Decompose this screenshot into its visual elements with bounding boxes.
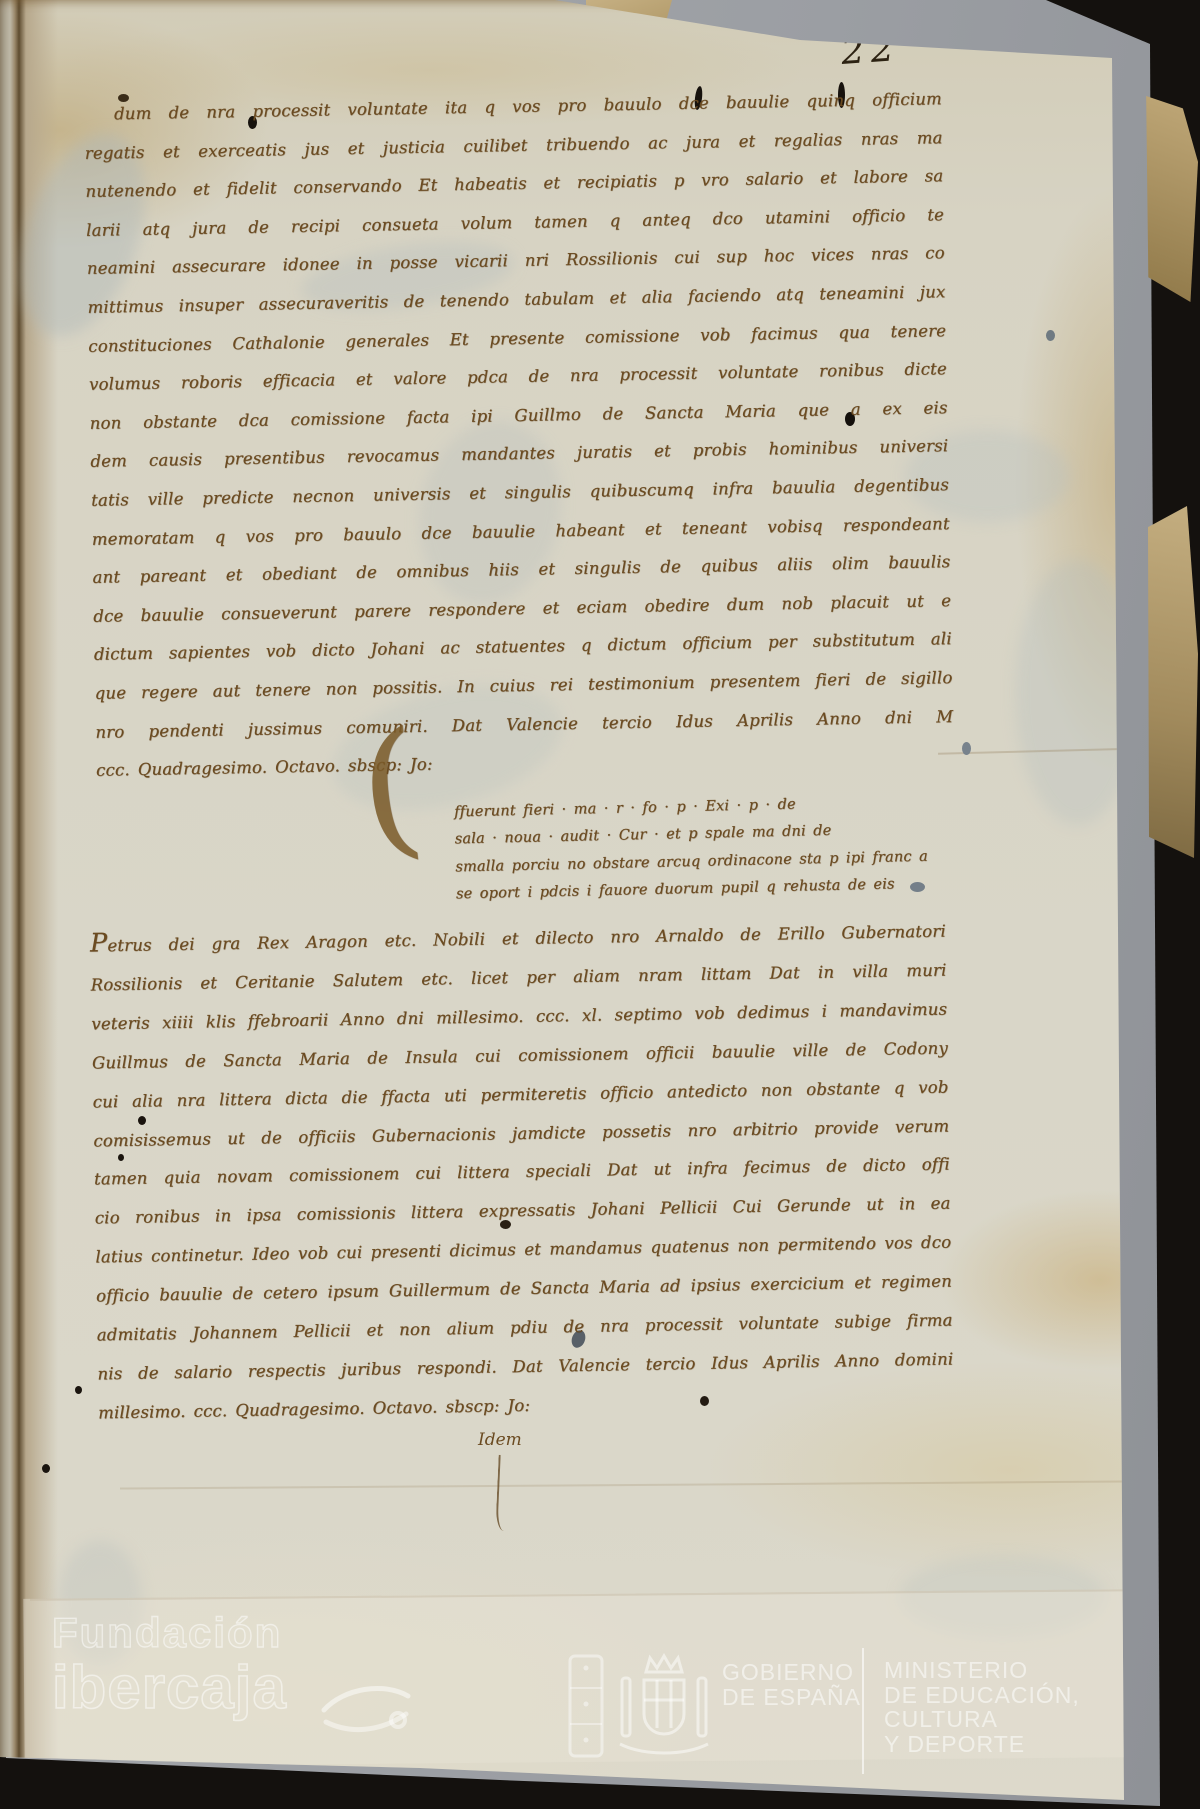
ink-blot — [42, 1464, 50, 1473]
gobierno-line1: GOBIERNO — [722, 1660, 861, 1685]
ibercaja-logo-icon — [318, 1676, 414, 1743]
ibercaja-watermark-text: ibercaja — [52, 1658, 287, 1718]
manuscript-page: 22 dum de nra processit voluntate ita q … — [0, 0, 1200, 1809]
ministerio-line1: MINISTERIO — [884, 1658, 1200, 1683]
government-watermark: GOBIERNO DE ESPAÑA MINISTERIO DE EDUCACI… — [540, 1646, 1200, 1781]
ministerio-line3: Y DEPORTE — [884, 1732, 1200, 1757]
ink-blot — [75, 1386, 82, 1394]
ink-blot — [1046, 330, 1055, 341]
ministerio-line2: DE EDUCACIÓN, CULTURA — [884, 1683, 1200, 1732]
fundacion-watermark-text: Fundación — [52, 1612, 287, 1654]
paper-seam — [120, 1480, 1140, 1489]
ink-blot — [962, 742, 971, 755]
gobierno-text: GOBIERNO DE ESPAÑA — [722, 1660, 861, 1710]
marginal-annotation-block: ( ffuerunt fieri · ma · r · fo · p · Exi… — [454, 787, 1016, 909]
torn-paper-fragment — [1148, 506, 1198, 858]
watermark-divider — [862, 1648, 864, 1774]
idem-note: Idem — [478, 1430, 522, 1450]
opening-brace-mark: ( — [359, 772, 423, 806]
spain-flag-icon — [566, 1652, 608, 1767]
scanned-manuscript-photo: { "page_number": "22", "manuscript": { "… — [0, 0, 1200, 1809]
ministerio-text: MINISTERIO DE EDUCACIÓN, CULTURA Y DEPOR… — [884, 1658, 1200, 1756]
latin-text-block-1: dum de nra processit voluntate ita q vos… — [84, 80, 955, 790]
fundacion-ibercaja-watermark: Fundación ibercaja — [52, 1612, 287, 1718]
torn-paper-fragment — [1144, 96, 1198, 302]
spain-coat-of-arms-icon — [614, 1648, 714, 1771]
gobierno-line2: DE ESPAÑA — [722, 1685, 861, 1710]
latin-text-block-2: Petrus dei gra Rex Aragon etc. Nobili et… — [90, 913, 955, 1434]
pen-flourish-stroke — [495, 1455, 512, 1532]
